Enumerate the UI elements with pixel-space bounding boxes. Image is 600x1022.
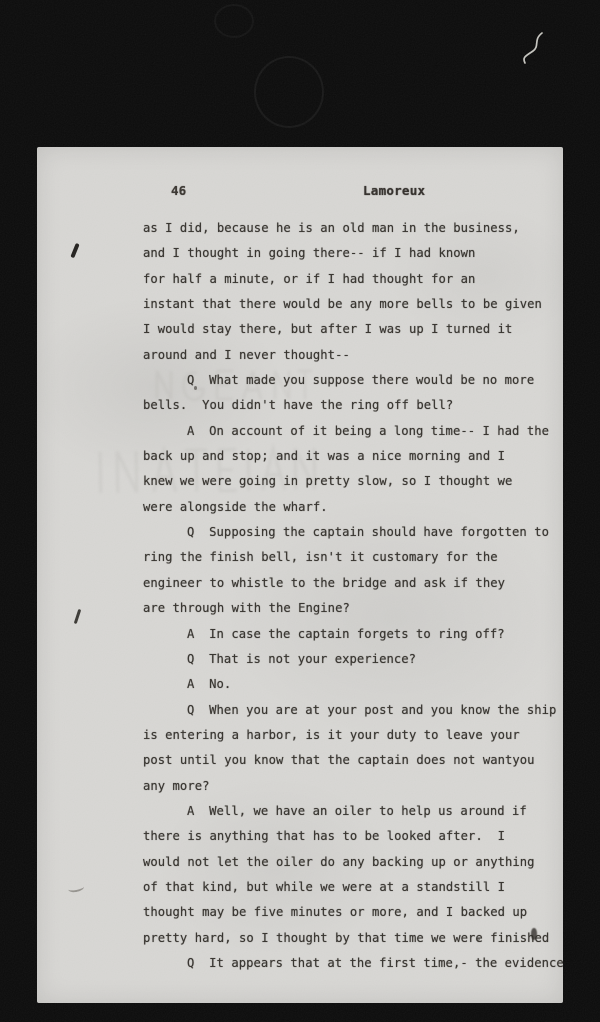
typed-line: post until you know that the captain doe… [143, 748, 564, 773]
typed-line: pretty hard, so I thought by that time w… [143, 926, 564, 951]
witness-name-header: Lamoreux [363, 183, 425, 198]
typed-line: any more? [143, 774, 564, 799]
typed-line: there is anything that has to be looked … [143, 824, 564, 849]
typed-line: instant that there would be any more bel… [143, 292, 564, 317]
typed-line: I would stay there, but after I was up I… [143, 317, 564, 342]
typed-line: is entering a harbor, is it your duty to… [143, 723, 564, 748]
typed-line: A No. [143, 672, 564, 697]
typed-line: engineer to whistle to the bridge and as… [143, 571, 564, 596]
typed-line: back up and stop; and it was a nice morn… [143, 444, 564, 469]
film-ring-mark [254, 56, 324, 128]
typed-line: Q Supposing the captain should have forg… [143, 520, 564, 545]
typed-line: A Well, we have an oiler to help us arou… [143, 799, 564, 824]
typed-line: Q That is not your experience? [143, 647, 564, 672]
typed-line: for half a minute, or if I had thought f… [143, 267, 564, 292]
typed-line: knew we were going in pretty slow, so I … [143, 469, 564, 494]
scanned-page: 46 Lamoreux as I did, because he is an o… [37, 147, 563, 1003]
film-scratch-squiggle [514, 24, 550, 70]
typed-line: around and I never thought-- [143, 343, 564, 368]
typed-line: and I thought in going there-- if I had … [143, 241, 564, 266]
typed-line: of that kind, but while we were at a sta… [143, 875, 564, 900]
typed-line: bells. You didn't have the ring off bell… [143, 393, 564, 418]
typed-lines: as I did, because he is an old man in th… [143, 216, 564, 976]
film-ring-mark-small [214, 4, 254, 38]
typed-line: were alongside the wharf. [143, 495, 564, 520]
typed-line: A On account of it being a long time-- I… [143, 419, 564, 444]
typed-line: Q When you are at your post and you know… [143, 698, 564, 723]
microfilm-frame: 46 Lamoreux as I did, because he is an o… [0, 0, 600, 1022]
typed-line: Q What made you suppose there would be n… [143, 368, 564, 393]
typed-line: are through with the Engine? [143, 596, 564, 621]
page-number: 46 [171, 183, 186, 198]
typed-line: Q It appears that at the first time,- th… [143, 951, 564, 976]
typed-line: A In case the captain forgets to ring of… [143, 622, 564, 647]
typed-line: as I did, because he is an old man in th… [143, 216, 564, 241]
typed-line: would not let the oiler do any backing u… [143, 850, 564, 875]
typed-line: ring the finish bell, isn't it customary… [143, 545, 564, 570]
typed-line: thought may be five minutes or more, and… [143, 900, 564, 925]
